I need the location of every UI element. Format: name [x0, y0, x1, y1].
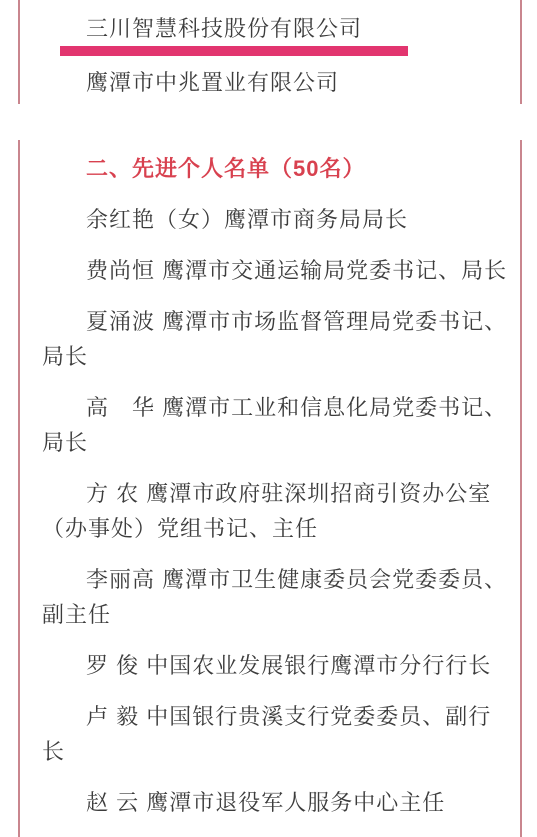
- highlight-underline: [60, 46, 408, 56]
- article-page: 三川智慧科技股份有限公司 鹰潭市中兆置业有限公司 二、先进个人名单（50名） 余…: [0, 0, 537, 837]
- collective-list-block: 三川智慧科技股份有限公司 鹰潭市中兆置业有限公司: [18, 0, 522, 104]
- company-name: 三川智慧科技股份有限公司: [42, 11, 512, 46]
- company-name: 鹰潭市中兆置业有限公司: [42, 65, 512, 100]
- person-entry: 卢 毅 中国银行贵溪支行党委委员、副行长: [42, 699, 512, 769]
- person-entry: 余红艳（女）鹰潭市商务局局长: [42, 202, 512, 237]
- person-entry: 李丽高 鹰潭市卫生健康委员会党委委员、副主任: [42, 562, 512, 632]
- section-heading: 二、先进个人名单（50名）: [42, 151, 512, 186]
- person-entry: 高 华 鹰潭市工业和信息化局党委书记、局长: [42, 390, 512, 460]
- individual-list-block: 二、先进个人名单（50名） 余红艳（女）鹰潭市商务局局长 费尚恒 鹰潭市交通运输…: [18, 140, 522, 837]
- person-entry: 方 农 鹰潭市政府驻深圳招商引资办公室（办事处）党组书记、主任: [42, 476, 512, 546]
- person-entry: 罗 俊 中国农业发展银行鹰潭市分行行长: [42, 648, 512, 683]
- person-entry: 夏涌波 鹰潭市市场监督管理局党委书记、局长: [42, 304, 512, 374]
- person-entry: 赵 云 鹰潭市退役军人服务中心主任: [42, 785, 512, 820]
- person-entry: 费尚恒 鹰潭市交通运输局党委书记、局长: [42, 253, 512, 288]
